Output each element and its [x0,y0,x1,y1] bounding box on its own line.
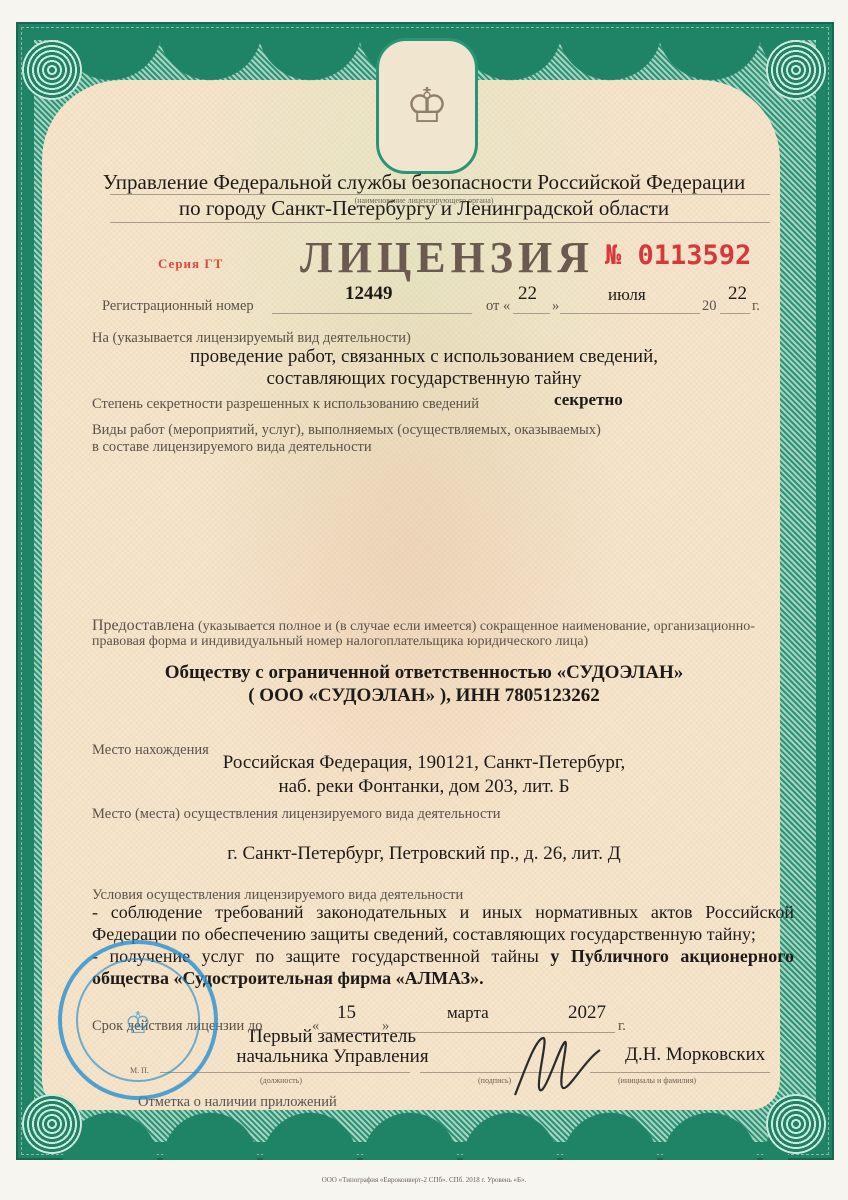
grantee-label-line2: правовая форма и индивидуальный номер на… [92,634,588,650]
series-label: Серия ГТ [158,256,223,272]
license-number: № 0113592 [605,240,751,271]
date-prefix: от « [486,298,510,315]
secrecy-value: секретно [554,390,623,410]
rosette-top-left [22,40,82,100]
signature-mark [505,1030,605,1100]
issuer-line1: Управление Федеральной службы безопаснос… [0,170,848,195]
location-line2: наб. реки Фонтанки, дом 203, лит. Б [0,776,848,798]
conditions-line2: Федерации по обеспечению защиты сведений… [92,924,756,945]
position-line1: Первый заместитель [230,1026,435,1048]
conditions-line3-bold: у Публичного акционерного [550,946,794,966]
double-headed-eagle-icon: ♔ [376,38,478,174]
activity-place-value: г. Санкт-Петербург, Петровский пр., д. 2… [0,843,848,865]
signatory-name: Д.Н. Морковских [625,1044,765,1066]
validity-day: 15 [337,1002,356,1024]
activity-line2: составляющих государственную тайну [0,368,848,390]
official-seal-stamp: ♔ [58,940,218,1100]
grantee-label: Предоставлена (указывается полное и (в с… [92,617,755,635]
caption-name: (инициалы и фамилия) [618,1076,696,1085]
caption-position: (должность) [260,1076,302,1085]
activity-place-label: Место (места) осуществления лицензируемо… [92,806,501,823]
activity-label: На (указывается лицензируемый вид деятел… [92,330,411,347]
rosette-bottom-right [766,1094,826,1154]
grantee-label-strong: Предоставлена [92,617,194,634]
rosette-top-right [766,40,826,100]
position-line2: начальника Управления [230,1046,435,1068]
validity-month: марта [447,1003,489,1023]
registration-label: Регистрационный номер [102,298,254,315]
rosette-bottom-left [22,1094,82,1154]
attachments-label: Отметка о наличии приложений [138,1094,337,1111]
location-line1: Российская Федерация, 190121, Санкт-Пете… [0,752,848,774]
year-suffix: г. [752,298,760,315]
validity-suffix: г. [618,1018,626,1035]
registration-number: 12449 [345,283,393,305]
works-line1: Виды работ (мероприятий, услуг), выполня… [92,422,601,439]
grantee-name-line1: Обществу с ограниченной ответственностью… [0,662,848,684]
conditions-line1: - соблюдение требований законодательных … [92,902,794,923]
grantee-name-line2: ( ООО «СУДОЭЛАН» ), ИНН 7805123262 [0,685,848,707]
activity-line1: проведение работ, связанных с использова… [0,346,848,368]
date-mid: » [552,298,559,315]
secrecy-label: Степень секретности разрешенных к исполь… [92,396,479,413]
issuer-caption: (наименование лицензирующего органа) [0,196,848,205]
registration-day: 22 [518,283,537,305]
registration-month: июля [608,285,646,305]
license-title: ЛИЦЕНЗИЯ [300,232,594,283]
year-prefix: 20 [702,298,717,315]
works-line2: в составе лицензируемого вида деятельнос… [92,439,372,456]
printer-note: ООО «Типография «Евроконверт-2 СПб». СПб… [0,1176,848,1184]
grantee-label-rest: (указывается полное и (в случае если име… [194,619,754,634]
registration-year: 22 [728,283,747,305]
conditions-line3: - получение услуг по защите государствен… [92,946,794,967]
validity-year: 2027 [568,1002,606,1024]
